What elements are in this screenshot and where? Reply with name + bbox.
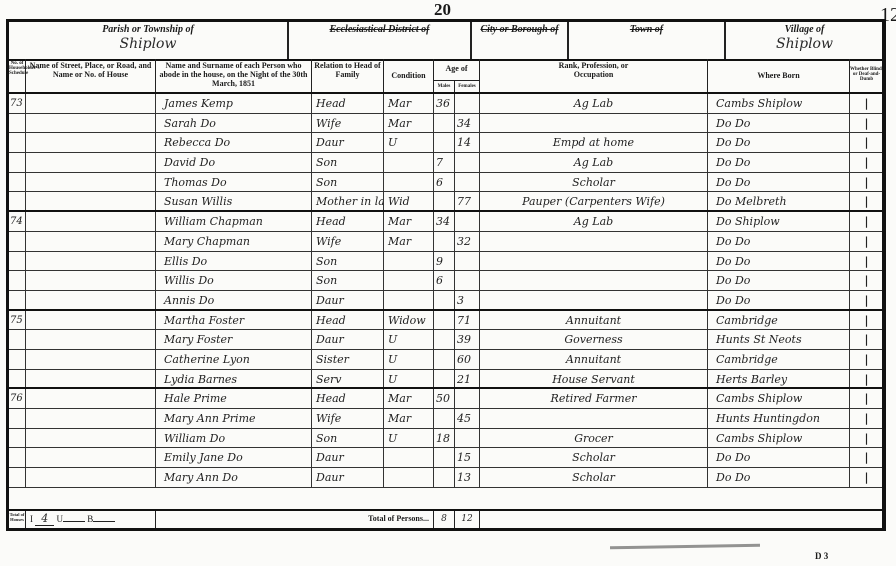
- person-name: Mary Foster: [156, 330, 312, 349]
- person-name: Ellis Do: [156, 252, 312, 271]
- total-persons-label: Total of Persons...: [156, 511, 434, 528]
- table-row: Thomas DoSon6ScholarDo Do|: [9, 173, 882, 193]
- age-female: [455, 271, 480, 290]
- total-females: 12: [455, 511, 480, 528]
- table-row: Rebecca DoDaurU14Empd at homeDo Do|: [9, 133, 882, 153]
- occupation: [480, 271, 708, 290]
- age-female: [455, 153, 480, 172]
- age-female: 13: [455, 468, 480, 487]
- schedule-number: [9, 114, 26, 133]
- age-male: [434, 448, 455, 467]
- table-row: Mary Ann DoDaur13ScholarDo Do|: [9, 468, 882, 488]
- village-value: Shiplow: [726, 36, 883, 52]
- address-cell: [26, 291, 156, 309]
- age-male: [434, 330, 455, 349]
- condition: [384, 271, 434, 290]
- totals-row: Total of Houses I 4 U B Total of Persons…: [9, 509, 882, 528]
- occupation: Annuitant: [480, 350, 708, 369]
- blind-mark: |: [850, 291, 883, 309]
- condition: Widow: [384, 311, 434, 330]
- where-born: Do Do: [708, 232, 850, 251]
- blind-mark: |: [850, 173, 883, 192]
- totals-blank: [480, 511, 885, 528]
- town-label: Town of: [569, 24, 724, 35]
- address-cell: [26, 232, 156, 251]
- where-born: Do Shiplow: [708, 212, 850, 231]
- age-male: 7: [434, 153, 455, 172]
- total-houses-label: Total of Houses: [9, 511, 26, 528]
- col-age-males: Males: [434, 80, 455, 92]
- occupation: [480, 291, 708, 309]
- person-name: Sarah Do: [156, 114, 312, 133]
- condition: [384, 173, 434, 192]
- blind-mark: |: [850, 311, 883, 330]
- blind-mark: |: [850, 370, 883, 388]
- schedule-number: [9, 370, 26, 388]
- where-born: Cambridge: [708, 311, 850, 330]
- table-row: Emily Jane DoDaur15ScholarDo Do|: [9, 448, 882, 468]
- blind-mark: |: [850, 232, 883, 251]
- schedule-number: 75: [9, 311, 26, 330]
- where-born: Cambs Shiplow: [708, 429, 850, 448]
- relation-to-head: Daur: [312, 291, 384, 309]
- address-cell: [26, 389, 156, 408]
- address-cell: [26, 114, 156, 133]
- occupation: Retired Farmer: [480, 389, 708, 408]
- age-female: [455, 252, 480, 271]
- condition: Mar: [384, 232, 434, 251]
- schedule-number: [9, 468, 26, 487]
- blind-mark: |: [850, 350, 883, 369]
- blind-mark: |: [850, 409, 883, 428]
- where-born: Do Do: [708, 271, 850, 290]
- village-field: Village of Shiplow: [726, 22, 883, 59]
- address-cell: [26, 212, 156, 231]
- table-row: Willis DoSon6Do Do|: [9, 271, 882, 291]
- condition: U: [384, 330, 434, 349]
- col-name: Name and Surname of each Person who abod…: [156, 59, 312, 92]
- table-row: Sarah DoWifeMar34Do Do|: [9, 114, 882, 134]
- person-name: Mary Ann Prime: [156, 409, 312, 428]
- person-name: Emily Jane Do: [156, 448, 312, 467]
- relation-to-head: Wife: [312, 409, 384, 428]
- relation-to-head: Head: [312, 389, 384, 408]
- table-row: William DoSonU18GrocerCambs Shiplow|: [9, 429, 882, 449]
- address-cell: [26, 192, 156, 210]
- occupation: Empd at home: [480, 133, 708, 152]
- relation-to-head: Sister: [312, 350, 384, 369]
- condition: [384, 153, 434, 172]
- city-label: City or Borough of: [472, 24, 567, 35]
- schedule-number: [9, 133, 26, 152]
- relation-to-head: Mother in law: [312, 192, 384, 210]
- col-condition: Condition: [384, 59, 434, 92]
- age-male: 50: [434, 389, 455, 408]
- occupation: [480, 232, 708, 251]
- age-male: [434, 311, 455, 330]
- age-female: [455, 212, 480, 231]
- person-name: Rebecca Do: [156, 133, 312, 152]
- condition: U: [384, 350, 434, 369]
- occupation: Ag Lab: [480, 153, 708, 172]
- occupation: [480, 114, 708, 133]
- where-born: Do Do: [708, 448, 850, 467]
- col-age: Age of: [434, 59, 480, 80]
- parish-label: Parish or Township of: [9, 24, 287, 35]
- person-name: William Chapman: [156, 212, 312, 231]
- occupation: Annuitant: [480, 311, 708, 330]
- relation-to-head: Daur: [312, 133, 384, 152]
- age-male: [434, 291, 455, 309]
- blind-mark: |: [850, 94, 883, 113]
- table-row: 73James KempHeadMar36Ag LabCambs Shiplow…: [9, 94, 882, 114]
- relation-to-head: Head: [312, 212, 384, 231]
- person-name: Catherine Lyon: [156, 350, 312, 369]
- relation-to-head: Daur: [312, 448, 384, 467]
- total-houses: I 4 U B: [26, 511, 156, 528]
- where-born: Do Do: [708, 291, 850, 309]
- address-cell: [26, 153, 156, 172]
- parish-field: Parish or Township of Shiplow: [9, 22, 289, 59]
- page-number: 20: [434, 0, 451, 20]
- schedule-number: 76: [9, 389, 26, 408]
- where-born: Do Do: [708, 133, 850, 152]
- col-relation: Relation to Head of Family: [312, 59, 384, 92]
- village-label: Village of: [726, 24, 883, 35]
- person-name: Mary Ann Do: [156, 468, 312, 487]
- person-name: Willis Do: [156, 271, 312, 290]
- col-age-females: Females: [455, 80, 480, 92]
- age-male: 34: [434, 212, 455, 231]
- schedule-number: [9, 409, 26, 428]
- age-male: 18: [434, 429, 455, 448]
- age-female: [455, 429, 480, 448]
- table-row: Lydia BarnesServU21House ServantHerts Ba…: [9, 370, 882, 390]
- relation-to-head: Son: [312, 429, 384, 448]
- relation-to-head: Daur: [312, 468, 384, 487]
- age-male: [434, 192, 455, 210]
- inhabited-count: 4: [35, 512, 54, 526]
- table-row: Catherine LyonSisterU60AnnuitantCambridg…: [9, 350, 882, 370]
- district-header: Parish or Township of Shiplow Ecclesiast…: [9, 22, 882, 61]
- schedule-number: [9, 252, 26, 271]
- relation-to-head: Daur: [312, 330, 384, 349]
- schedule-number: [9, 232, 26, 251]
- table-row: 76Hale PrimeHeadMar50Retired FarmerCambs…: [9, 389, 882, 409]
- relation-to-head: Son: [312, 252, 384, 271]
- blind-mark: |: [850, 330, 883, 349]
- blind-mark: |: [850, 133, 883, 152]
- schedule-number: [9, 429, 26, 448]
- where-born: Hunts Huntingdon: [708, 409, 850, 428]
- address-cell: [26, 468, 156, 487]
- blind-mark: |: [850, 252, 883, 271]
- blind-mark: |: [850, 389, 883, 408]
- age-male: 36: [434, 94, 455, 113]
- relation-to-head: Wife: [312, 232, 384, 251]
- table-row: Susan WillisMother in lawWid77Pauper (Ca…: [9, 192, 882, 212]
- blind-mark: |: [850, 271, 883, 290]
- condition: [384, 468, 434, 487]
- condition: [384, 252, 434, 271]
- schedule-number: [9, 350, 26, 369]
- condition: [384, 291, 434, 309]
- census-rows: 73James KempHeadMar36Ag LabCambs Shiplow…: [9, 94, 882, 488]
- age-male: [434, 409, 455, 428]
- address-cell: [26, 252, 156, 271]
- ink-smudge: [610, 544, 760, 550]
- where-born: Herts Barley: [708, 370, 850, 388]
- person-name: James Kemp: [156, 94, 312, 113]
- blind-mark: |: [850, 468, 883, 487]
- address-cell: [26, 94, 156, 113]
- age-female: 34: [455, 114, 480, 133]
- age-male: 9: [434, 252, 455, 271]
- person-name: Mary Chapman: [156, 232, 312, 251]
- where-born: Do Melbreth: [708, 192, 850, 210]
- person-name: Susan Willis: [156, 192, 312, 210]
- blind-mark: |: [850, 153, 883, 172]
- schedule-number: [9, 192, 26, 210]
- age-male: 6: [434, 271, 455, 290]
- col-blind: Whether Blind, or Deaf-and-Dumb: [850, 59, 883, 92]
- schedule-number: [9, 173, 26, 192]
- where-born: Cambs Shiplow: [708, 94, 850, 113]
- table-row: Annis DoDaur3Do Do|: [9, 291, 882, 311]
- schedule-number: 73: [9, 94, 26, 113]
- parish-value: Shiplow: [9, 36, 287, 52]
- condition: U: [384, 370, 434, 388]
- age-female: 14: [455, 133, 480, 152]
- schedule-number: [9, 448, 26, 467]
- age-female: 21: [455, 370, 480, 388]
- relation-to-head: Head: [312, 94, 384, 113]
- schedule-number: [9, 330, 26, 349]
- schedule-number: [9, 271, 26, 290]
- age-female: 45: [455, 409, 480, 428]
- col-address: Name of Street, Place, or Road, and Name…: [26, 59, 156, 92]
- person-name: William Do: [156, 429, 312, 448]
- where-born: Do Do: [708, 468, 850, 487]
- table-row: 74William ChapmanHeadMar34Ag LabDo Shipl…: [9, 212, 882, 232]
- town-field: Town of: [569, 22, 726, 59]
- where-born: Do Do: [708, 153, 850, 172]
- col-where-born: Where Born: [708, 59, 850, 92]
- address-cell: [26, 350, 156, 369]
- age-male: [434, 370, 455, 388]
- address-cell: [26, 409, 156, 428]
- person-name: Lydia Barnes: [156, 370, 312, 388]
- occupation: Scholar: [480, 173, 708, 192]
- person-name: David Do: [156, 153, 312, 172]
- occupation: [480, 252, 708, 271]
- where-born: Cambs Shiplow: [708, 389, 850, 408]
- person-name: Martha Foster: [156, 311, 312, 330]
- address-cell: [26, 370, 156, 388]
- condition: Mar: [384, 212, 434, 231]
- condition: Mar: [384, 409, 434, 428]
- where-born: Hunts St Neots: [708, 330, 850, 349]
- condition: Mar: [384, 114, 434, 133]
- occupation: Pauper (Carpenters Wife): [480, 192, 708, 210]
- occupation: Governess: [480, 330, 708, 349]
- occupation: Grocer: [480, 429, 708, 448]
- ecclesiastical-field: Ecclesiastical District of: [289, 22, 472, 59]
- age-female: 77: [455, 192, 480, 210]
- where-born: Do Do: [708, 114, 850, 133]
- where-born: Do Do: [708, 173, 850, 192]
- address-cell: [26, 133, 156, 152]
- table-row: Mary FosterDaurU39GovernessHunts St Neot…: [9, 330, 882, 350]
- person-name: Annis Do: [156, 291, 312, 309]
- where-born: Do Do: [708, 252, 850, 271]
- blind-mark: |: [850, 448, 883, 467]
- relation-to-head: Serv: [312, 370, 384, 388]
- schedule-number: [9, 153, 26, 172]
- age-male: [434, 468, 455, 487]
- address-cell: [26, 448, 156, 467]
- where-born: Cambridge: [708, 350, 850, 369]
- schedule-number: [9, 291, 26, 309]
- condition: Wid: [384, 192, 434, 210]
- age-female: 39: [455, 330, 480, 349]
- relation-to-head: Son: [312, 173, 384, 192]
- census-sheet: Parish or Township of Shiplow Ecclesiast…: [6, 19, 886, 531]
- age-female: 71: [455, 311, 480, 330]
- address-cell: [26, 271, 156, 290]
- relation-to-head: Head: [312, 311, 384, 330]
- condition: Mar: [384, 389, 434, 408]
- condition: [384, 448, 434, 467]
- age-female: 60: [455, 350, 480, 369]
- table-row: 75Martha FosterHeadWidow71AnnuitantCambr…: [9, 311, 882, 331]
- blind-mark: |: [850, 212, 883, 231]
- address-cell: [26, 173, 156, 192]
- relation-to-head: Son: [312, 153, 384, 172]
- blind-mark: |: [850, 114, 883, 133]
- occupation: Scholar: [480, 448, 708, 467]
- age-female: [455, 173, 480, 192]
- age-female: 32: [455, 232, 480, 251]
- address-cell: [26, 330, 156, 349]
- address-cell: [26, 429, 156, 448]
- ecclesiastical-label: Ecclesiastical District of: [289, 24, 470, 35]
- schedule-number: 74: [9, 212, 26, 231]
- blind-mark: |: [850, 192, 883, 210]
- age-female: 3: [455, 291, 480, 309]
- table-row: Ellis DoSon9Do Do|: [9, 252, 882, 272]
- col-schedule: No. of Householder's Schedule: [9, 59, 26, 92]
- age-male: 6: [434, 173, 455, 192]
- condition: U: [384, 133, 434, 152]
- relation-to-head: Wife: [312, 114, 384, 133]
- occupation: Scholar: [480, 468, 708, 487]
- address-cell: [26, 311, 156, 330]
- table-row: Mary Ann PrimeWifeMar45Hunts Huntingdon|: [9, 409, 882, 429]
- table-row: Mary ChapmanWifeMar32Do Do|: [9, 232, 882, 252]
- person-name: Thomas Do: [156, 173, 312, 192]
- condition: Mar: [384, 94, 434, 113]
- condition: U: [384, 429, 434, 448]
- col-occupation: Rank, Profession, or Occupation: [480, 59, 708, 92]
- age-male: [434, 232, 455, 251]
- relation-to-head: Son: [312, 271, 384, 290]
- city-field: City or Borough of: [472, 22, 569, 59]
- occupation: House Servant: [480, 370, 708, 388]
- footer-reference: D 3: [815, 551, 828, 561]
- total-males: 8: [434, 511, 455, 528]
- person-name: Hale Prime: [156, 389, 312, 408]
- table-row: David DoSon7Ag LabDo Do|: [9, 153, 882, 173]
- occupation: Ag Lab: [480, 94, 708, 113]
- age-male: [434, 350, 455, 369]
- age-female: 15: [455, 448, 480, 467]
- occupation: Ag Lab: [480, 212, 708, 231]
- blind-mark: |: [850, 429, 883, 448]
- occupation: [480, 409, 708, 428]
- age-male: [434, 114, 455, 133]
- age-male: [434, 133, 455, 152]
- age-female: [455, 389, 480, 408]
- age-female: [455, 94, 480, 113]
